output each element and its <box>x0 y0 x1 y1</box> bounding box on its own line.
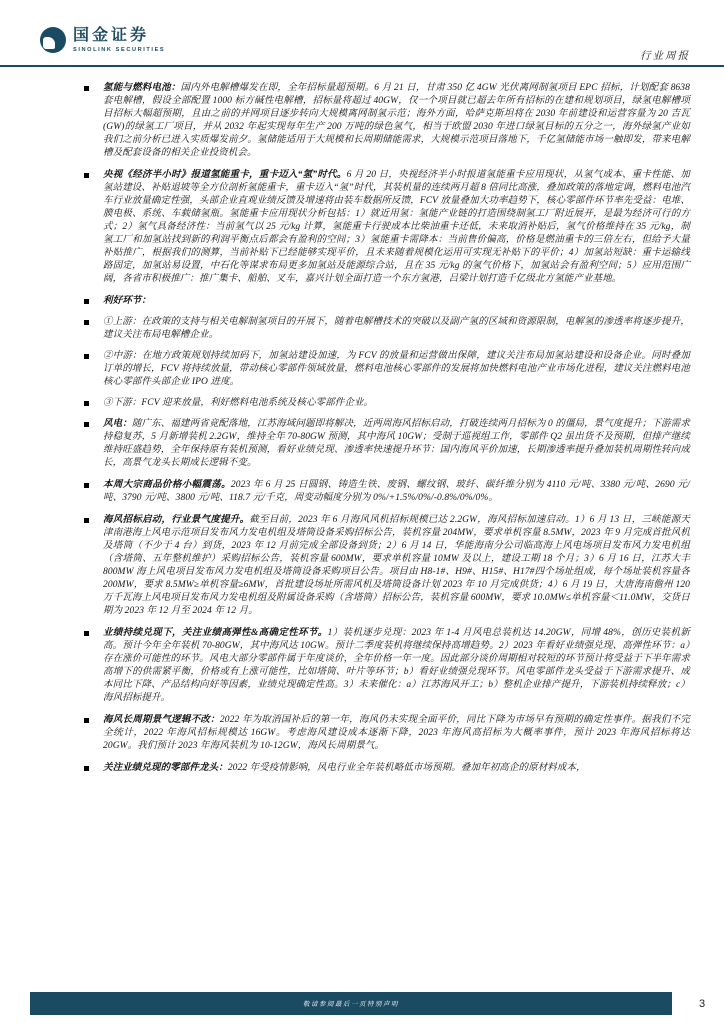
paragraph-lead: 海风长周期景气逻辑不改： <box>103 715 220 725</box>
bullet-paragraph-offshore-cycle: 海风长周期景气逻辑不改：2022 年为取消国补后的第一年，海风仍未实现全面平价，… <box>84 714 690 753</box>
bullet-paragraph-hydrogen: 氢能与燃料电池：国内外电解槽爆发在即，全年招标量超预期。6 月 21 日，甘肃 … <box>84 82 690 160</box>
paragraph-lead: 关注业绩兑现的零部件龙头： <box>103 763 228 773</box>
bullet-square-icon <box>84 631 89 636</box>
header-divider <box>0 65 724 67</box>
brand-name-en: SINOLINK SECURITIES <box>73 47 165 53</box>
bullet-square-icon <box>84 766 89 771</box>
paragraph-body: 截至目前，2023 年 6 月海风风机招标规模已达 2.2GW，海风招标加速启动… <box>103 515 690 616</box>
bullet-square-icon <box>84 518 89 523</box>
sinolink-logo-icon <box>40 27 66 53</box>
sinolink-logo: 国金证券 SINOLINK SECURITIES <box>40 27 165 53</box>
report-type-label: 行业周报 <box>640 48 690 63</box>
paragraph-lead: 风电： <box>103 419 132 429</box>
footer-disclaimer-text: 敬请参阅最后一页特别声明 <box>303 999 399 1008</box>
report-page: 国金证券 SINOLINK SECURITIES 行业周报 氢能与燃料电池：国内… <box>0 0 724 1024</box>
report-body: 氢能与燃料电池：国内外电解槽爆发在即，全年招标量超预期。6 月 21 日，甘肃 … <box>84 82 690 784</box>
bullet-paragraph-upstream: ①上游：在政策的支持与相关电解制氢项目的开展下，随着电解槽技术的突破以及副产氢的… <box>84 316 690 342</box>
paragraph-body: 6 月 20 日，央视经济半小时报道氢能重卡应用现状，从氢气成本、重卡性能、加氢… <box>103 170 690 284</box>
bullet-square-icon <box>84 401 89 406</box>
bullet-square-icon <box>84 173 89 178</box>
bullet-paragraph-midstream: ②中游：在地方政策规划持续加码下，加氢站建设加速，为 FCV 的放量和运营做出保… <box>84 350 690 389</box>
bullet-square-icon <box>84 86 89 91</box>
paragraph-lead: 利好环节： <box>103 296 151 306</box>
paragraph-body: 随广东、福建两省竞配落地，江苏海域问题即将解决，近两周海风招标启动，打破连续两月… <box>103 419 690 468</box>
report-header: 国金证券 SINOLINK SECURITIES 行业周报 <box>0 0 724 66</box>
page-number: 3 <box>680 992 724 1015</box>
paragraph-lead: 央视《经济半小时》报道氢能重卡，重卡迈入“氢”时代。 <box>103 170 347 180</box>
footer-disclaimer-bar: 敬请参阅最后一页特别声明 <box>30 992 672 1015</box>
bullet-square-icon <box>84 299 89 304</box>
paragraph-body: 国内外电解槽爆发在即，全年招标量超预期。6 月 21 日，甘肃 350 亿 4G… <box>103 83 690 158</box>
bullet-paragraph-wind: 风电：随广东、福建两省竞配落地，江苏海域问题即将解决，近两周海风招标启动，打破连… <box>84 418 690 470</box>
paragraph-lead: 海风招标启动，行业景气度提升。 <box>103 515 249 525</box>
favorable-links-group: 利好环节： ①上游：在政策的支持与相关电解制氢项目的开展下，随着电解槽技术的突破… <box>84 295 690 410</box>
paragraph-lead: 业绩持续兑现下，关注业绩高弹性&高确定性环节。 <box>103 628 328 638</box>
paragraph-body: ②中游：在地方政策规划持续加码下，加氢站建设加速，为 FCV 的放量和运营做出保… <box>103 351 690 387</box>
bullet-square-icon <box>84 354 89 359</box>
bullet-paragraph-earnings: 业绩持续兑现下，关注业绩高弹性&高确定性环节。1）装机逐步兑现：2023 年 1… <box>84 627 690 705</box>
bullet-paragraph-component-leaders: 关注业绩兑现的零部件龙头：2022 年受疫情影响，风电行业全年装机略低市场预期。… <box>84 762 690 775</box>
paragraph-lead: 本周大宗商品价格小幅震荡。 <box>103 480 231 490</box>
paragraph-lead: 氢能与燃料电池： <box>103 83 181 93</box>
bullet-paragraph-commodity-prices: 本周大宗商品价格小幅震荡。2023 年 6 月 25 日圆钢、铸造生铁、废钢、螺… <box>84 479 690 505</box>
bullet-paragraph-cctv-truck: 央视《经济半小时》报道氢能重卡，重卡迈入“氢”时代。6 月 20 日，央视经济半… <box>84 169 690 286</box>
bullet-paragraph-downstream: ③下游：FCV 迎来放量，利好燃料电池系统及核心零部件企业。 <box>84 397 690 410</box>
bullet-paragraph-favorable-links: 利好环节： <box>84 295 690 308</box>
paragraph-body: 1）装机逐步兑现：2023 年 1-4 月风电总装机达 14.20GW，同增 4… <box>103 628 690 703</box>
paragraph-body: ①上游：在政策的支持与相关电解制氢项目的开展下，随着电解槽技术的突破以及副产氢的… <box>103 317 690 340</box>
brand-name-cn: 国金证券 <box>73 27 165 45</box>
bullet-square-icon <box>84 483 89 488</box>
bullet-square-icon <box>84 422 89 427</box>
bullet-paragraph-offshore-tenders: 海风招标启动，行业景气度提升。截至目前，2023 年 6 月海风风机招标规模已达… <box>84 514 690 618</box>
bullet-square-icon <box>84 320 89 325</box>
paragraph-body: ③下游：FCV 迎来放量，利好燃料电池系统及核心零部件企业。 <box>103 398 373 408</box>
paragraph-body: 2022 年受疫情影响，风电行业全年装机略低市场预期。叠加年初高企的原材料成本， <box>228 763 586 773</box>
bullet-square-icon <box>84 718 89 723</box>
